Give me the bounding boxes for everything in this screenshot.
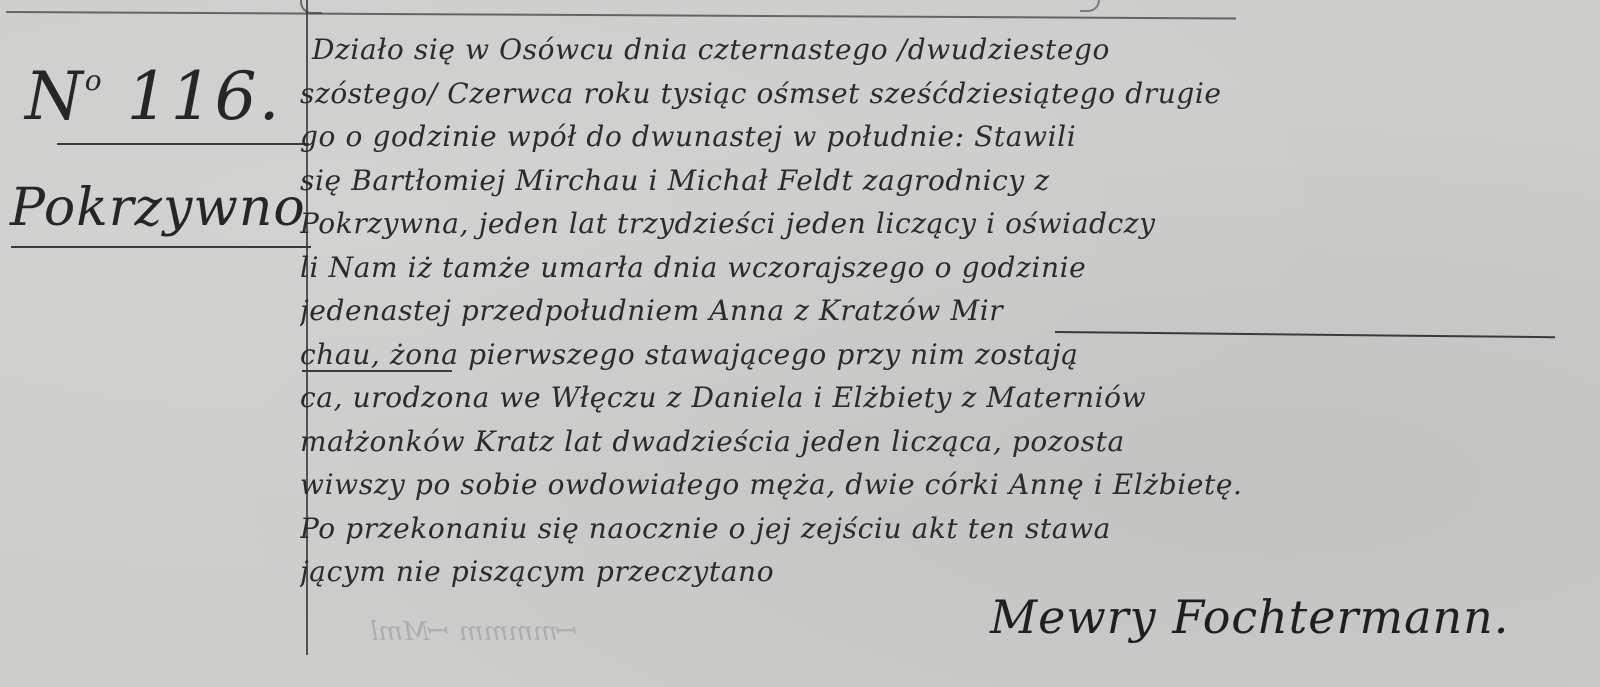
body-line-text: go o godzinie wpół do dwunastej w połudn…	[300, 115, 1076, 159]
body-line-5: Pokrzywna, jeden lat trzydzieści jeden l…	[300, 202, 1565, 246]
official-signature: Mewry Fochtermann.	[990, 590, 1509, 644]
body-line-text: Działo się w Osówcu dnia czternastego /d…	[300, 28, 1110, 72]
deceased-name-underline-continued	[302, 370, 452, 372]
record-body: Działo się w Osówcu dnia czternastego /d…	[300, 28, 1565, 594]
body-line-text: małżonków Kratz lat dwadzieścia jeden li…	[300, 420, 1125, 464]
entry-number-prefix: N	[25, 58, 85, 135]
body-line-12: Po przekonaniu się naocznie o jej zejści…	[300, 507, 1565, 551]
top-rule-line	[6, 11, 1236, 19]
body-line-11: wiwszy po sobie owdowiałego męża, dwie c…	[300, 463, 1565, 507]
body-line-7: jedenastej przedpołudniem Anna z Kratzów…	[300, 289, 1565, 333]
body-line-text: Po przekonaniu się naocznie o jej zejści…	[300, 507, 1111, 551]
place-name: Pokrzywno	[10, 178, 306, 238]
entry-number-superscript: o	[85, 64, 104, 97]
body-line-8: chau, żona pierwszego stawającego przy n…	[300, 333, 1565, 377]
body-line-text: Pokrzywna, jeden lat trzydzieści jeden l…	[300, 202, 1156, 246]
previous-entry-stroke	[1080, 0, 1100, 12]
body-line-text: wiwszy po sobie owdowiałego męża, dwie c…	[300, 463, 1243, 507]
body-line-1: Działo się w Osówcu dnia czternastego /d…	[300, 28, 1565, 72]
body-line-2: szóstego/ Czerwca roku tysiąc ośmset sze…	[300, 72, 1565, 116]
entry-number-underline	[57, 143, 309, 145]
body-line-text: się Bartłomiej Mirchau i Michał Feldt za…	[300, 159, 1050, 203]
body-line-6: li Nam iż tamże umarła dnia wczorajszego…	[300, 246, 1565, 290]
body-line-text: ca, urodzona we Włęczu z Daniela i Elżbi…	[300, 376, 1146, 420]
body-line-text: jedenastej przedpołudniem Anna z Kratzów…	[300, 289, 1003, 333]
body-line-10: małżonków Kratz lat dwadzieścia jeden li…	[300, 420, 1565, 464]
place-name-underline	[11, 246, 311, 248]
entry-number: No 116.	[25, 58, 282, 135]
body-line-13: jącym nie piszącym przeczytano	[300, 550, 1565, 594]
body-line-3: go o godzinie wpół do dwunastej w połudn…	[300, 115, 1565, 159]
record-page: No 116. Pokrzywno Działo się w Osówcu dn…	[0, 0, 1600, 687]
body-line-text: li Nam iż tamże umarła dnia wczorajszego…	[300, 246, 1086, 290]
body-line-text: szóstego/ Czerwca roku tysiąc ośmset sze…	[300, 72, 1222, 116]
entry-number-value: 116.	[127, 58, 282, 135]
body-line-9: ca, urodzona we Włęczu z Daniela i Elżbi…	[300, 376, 1565, 420]
body-line-4: się Bartłomiej Mirchau i Michał Feldt za…	[300, 159, 1565, 203]
ink-bleed-through: ꟷmmmm ꟷMml	[370, 612, 579, 648]
body-line-text: jącym nie piszącym przeczytano	[300, 550, 774, 594]
